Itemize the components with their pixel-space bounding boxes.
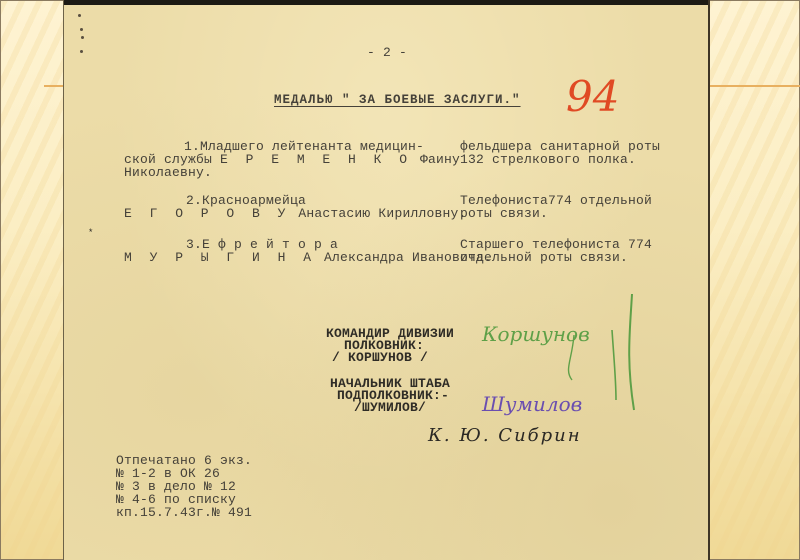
chief-handwritten-signature: Шумилов <box>482 392 582 416</box>
chief-name: /ШУМИЛОВ/ <box>354 401 426 414</box>
punch-mark <box>80 50 83 53</box>
document-heading: МЕДАЛЬЮ " ЗА БОЕВЫЕ ЗАСЛУГИ." <box>274 94 521 107</box>
scan-top-edge <box>64 0 708 5</box>
entry-1-surname: Е Р Е М Е Н К О <box>220 152 412 167</box>
extra-handwritten-signature: К. Ю. Сибрин <box>428 425 582 446</box>
document-scan: - 2 - МЕДАЛЬЮ " ЗА БОЕВЫЕ ЗАСЛУГИ." 94 1… <box>63 0 710 560</box>
entry-3-position-line2: отдельной роты связи. <box>460 251 628 264</box>
punch-mark <box>81 36 84 39</box>
red-annotation: 94 <box>566 72 619 121</box>
punch-mark <box>78 14 81 17</box>
punch-mark <box>80 28 83 31</box>
page-number: - 2 - <box>367 46 407 59</box>
entry-2-line2: Е Г О Р О В У Анастасию Кирилловну. <box>124 207 466 220</box>
footer-line5: кп.15.7.43г.№ 491 <box>116 506 252 519</box>
entry-2-position-line2: роты связи. <box>460 207 548 220</box>
accent-line-right <box>710 85 800 87</box>
entry-2-line2-suffix: Анастасию Кирилловну. <box>290 206 466 221</box>
entry-3-line2: М У Р Ы Г И Н А Александра Ивановича. <box>124 251 492 264</box>
edge-mark: * <box>88 227 94 240</box>
entry-1-line2-suffix: Фаину <box>412 152 460 167</box>
accent-line-left <box>44 85 64 87</box>
entry-2-surname: Е Г О Р О В У <box>124 206 290 221</box>
entry-1-line3: Николаевну. <box>124 166 212 179</box>
entry-1-position-line2: 132 стрелкового полка. <box>460 153 636 166</box>
commander-name: / КОРШУНОВ / <box>332 351 428 364</box>
entry-3-surname: М У Р Ы Г И Н А <box>124 250 316 265</box>
